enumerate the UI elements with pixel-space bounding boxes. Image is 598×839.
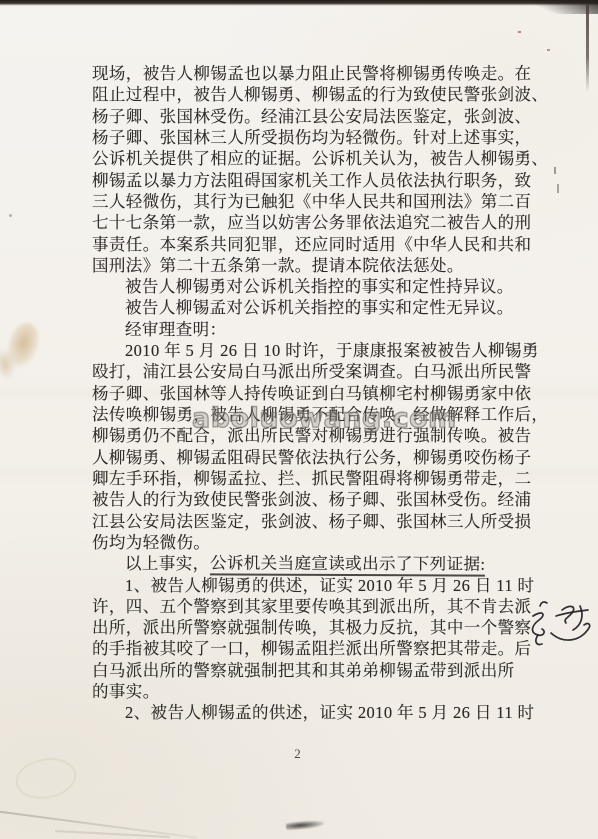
scan-edge-artifact-top [0, 0, 598, 6]
document-line: 柳锡孟以暴力方法阻碍国家机关工作人员依法执行职务，致 [92, 170, 578, 191]
document-line: 被告人的行为致使民警张剑波、杨子卿、张国林受伤。经浦 [92, 489, 578, 510]
document-line: 的手指被其咬了一口，柳锡孟阻拦派出所警察把其带走。后 [92, 638, 578, 659]
document-line: 杨子卿、张国林三人所受损伤均为轻微伤。针对上述事实， [92, 127, 578, 148]
underlined-evidence-heading: 公诉机关当庭宣读或出示了下列证据: [209, 553, 484, 578]
watermark-text: aboluowang.com [192, 403, 457, 434]
scan-speck [547, 49, 550, 51]
document-line: 江县公安局法医鉴定，张剑波、杨子卿、张国林三人所受损 [92, 511, 578, 532]
document-line: 人柳锡勇、柳锡孟阻碍民警依法执行公务，柳锡勇咬伤杨子 [92, 447, 578, 468]
document-line: 被告人柳锡孟对公诉机关指控的事实和定性无异议。 [92, 297, 578, 318]
document-line: 2、被告人柳锡孟的供述，证实 2010 年 5 月 26 日 11 时 [92, 702, 578, 723]
line-prefix: 以上事实， [125, 554, 210, 573]
document-line: 殴打，浦江县公安局白马派出所受案调查。白马派出所民警 [92, 361, 578, 382]
document-line: 1、被告人柳锡勇的供述，证实 2010 年 5 月 26 日 11 时 [92, 575, 578, 596]
document-line: 杨子卿、张国林受伤。经浦江县公安局法医鉴定，张剑波、 [92, 106, 578, 127]
document-line: 三人轻微伤，其行为已触犯《中华人民共和国刑法》第二百 [92, 191, 578, 212]
document-line: 国刑法》第二十五条第一款。提请本院依法惩处。 [92, 255, 578, 276]
document-line: 的事实。 [92, 681, 578, 702]
scan-speck [557, 184, 559, 193]
document-line: 2010 年 5 月 26 日 10 时许，于康康报案被被告人柳锡勇 [92, 340, 578, 361]
scan-speck [9, 214, 12, 217]
document-line: 被告人柳锡勇对公诉机关指控的事实和定性持异议。 [92, 276, 578, 297]
handwritten-margin-note [523, 597, 593, 655]
document-line: 七十七条第一款，应当以妨害公务罪依法追究二被告人的刑 [92, 212, 578, 233]
document-line: 现场，被告人柳锡孟也以暴力阻止民警将柳锡勇传唤走。在 [92, 63, 578, 84]
scanned-document-page: 现场，被告人柳锡孟也以暴力阻止民警将柳锡勇传唤走。在阻止过程中，被告人柳锡勇、柳… [0, 0, 598, 839]
faint-ring-mark [13, 754, 79, 803]
document-line: 白马派出所的警察就强制把其和其弟弟柳锡孟带到派出所 [92, 660, 578, 681]
document-line: 阻止过程中，被告人柳锡勇、柳锡孟的行为致使民警张剑波、 [92, 84, 578, 105]
document-line: 卿左手环指，柳锡孟拉、拦、抓民警阻碍将柳锡勇带走，二 [92, 468, 578, 489]
document-body-text: 现场，被告人柳锡孟也以暴力阻止民警将柳锡勇传唤走。在阻止过程中，被告人柳锡勇、柳… [92, 63, 578, 724]
document-line: 许，四、五个警察到其家里要传唤其到派出所，其不肯去派 [92, 596, 578, 617]
document-line: 以上事实，公诉机关当庭宣读或出示了下列证据: [92, 553, 578, 574]
paper-crease [0, 810, 197, 839]
page-number: 2 [276, 746, 320, 762]
document-line: 伤均为轻微伤。 [92, 532, 578, 553]
document-line: 出所，派出所警察就强制传唤，其极力反抗，其中一个警察 [92, 617, 578, 638]
document-line: 事责任。本案系共同犯罪，还应同时适用《中华人民和共和 [92, 234, 578, 255]
scan-edge-artifact-right [586, 4, 589, 92]
document-line: 经审理查明： [92, 319, 578, 340]
document-line: 杨子卿、张国林等人持传唤证到白马镇柳宅村柳锡勇家中依 [92, 383, 578, 404]
scan-speck [554, 167, 556, 174]
ink-smudge [286, 819, 325, 830]
scan-speck [518, 31, 521, 33]
document-line: 公诉机关提供了相应的证据。公诉机关认为，被告人柳锡勇、 [92, 148, 578, 169]
